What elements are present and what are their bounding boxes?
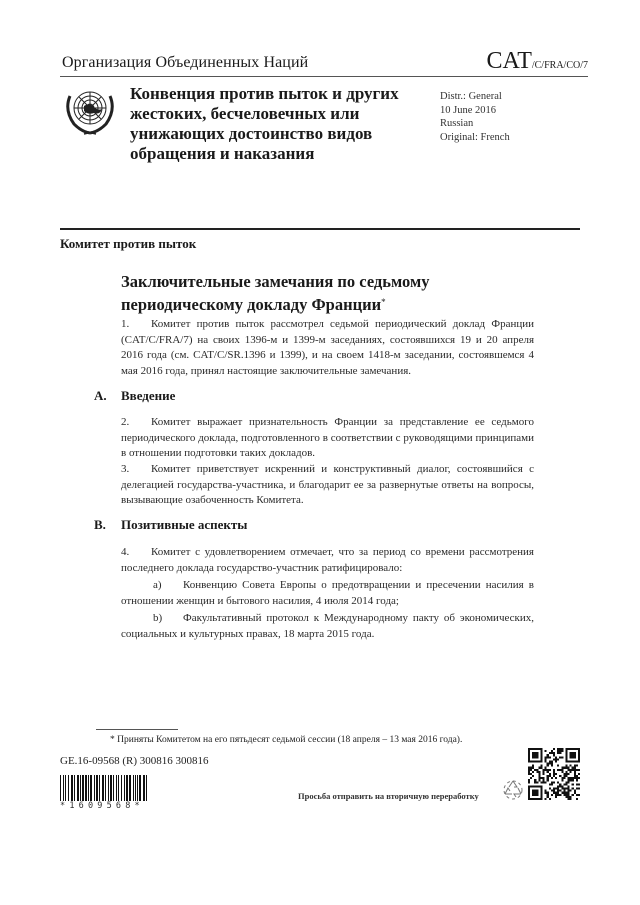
footnote-rule: [96, 729, 178, 730]
date-line: 10 June 2016: [440, 104, 510, 118]
recycle-text: Просьба отправить на вторичную переработ…: [298, 791, 479, 801]
paragraph-number: 2.: [121, 415, 151, 431]
title-rule: [60, 228, 580, 230]
committee-name: Комитет против пыток: [60, 236, 196, 252]
paragraph-text: Комитет против пыток рассмотрел седьмой …: [121, 318, 534, 377]
paragraph-number: 4.: [121, 545, 151, 561]
footnote-marker[interactable]: *: [381, 297, 386, 307]
distribution-block: Distr.: General 10 June 2016 Russian Ori…: [440, 90, 510, 144]
qr-code-icon[interactable]: [528, 748, 580, 800]
original-line: Original: French: [440, 131, 510, 145]
job-number: GE.16-09568 (R) 300816 300816: [60, 755, 209, 767]
paragraph-number: 3.: [121, 462, 151, 478]
paragraph-text: Комитет приветствует искренний и констру…: [121, 463, 534, 506]
barcode-icon: [60, 775, 150, 801]
paragraph-3: 3.Комитет приветствует искренний и конст…: [121, 462, 534, 509]
document-symbol: CAT/C/FRA/CO/7: [487, 48, 588, 75]
paragraph-2: 2.Комитет выражает признательность Франц…: [121, 415, 534, 462]
paragraph-number: 1.: [121, 317, 151, 333]
subparagraph-label: b): [153, 611, 183, 627]
barcode-text: *1609568*: [60, 801, 152, 811]
footnote: * Приняты Комитетом на его пятьдесят сед…: [110, 735, 462, 745]
language-line: Russian: [440, 117, 510, 131]
paragraph-text: Комитет с удовлетворением отмечает, что …: [121, 546, 534, 574]
header-rule: [60, 76, 588, 77]
section-letter: A.: [94, 388, 121, 404]
recycle-icon: [501, 778, 525, 802]
organization-name: Организация Объединенных Наций: [62, 54, 308, 72]
section-letter: B.: [94, 517, 121, 533]
subparagraph-label: a): [153, 578, 183, 594]
subparagraph-a: a)Конвенцию Совета Европы о предотвращен…: [121, 578, 534, 609]
document-title-text: Заключительные замечания по седьмому пер…: [121, 272, 429, 314]
symbol-suffix: /C/FRA/CO/7: [532, 60, 588, 71]
distr-line: Distr.: General: [440, 90, 510, 104]
symbol-main: CAT: [487, 48, 532, 74]
section-title: Введение: [121, 388, 175, 403]
paragraph-text: Комитет выражает признательность Франции…: [121, 416, 534, 459]
convention-title: Конвенция против пыток и других жестоких…: [130, 84, 430, 164]
section-title: Позитивные аспекты: [121, 517, 247, 532]
paragraph-4: 4.Комитет с удовлетворением отмечает, чт…: [121, 545, 534, 576]
un-emblem-icon: [62, 82, 118, 138]
section-heading-b: B.Позитивные аспекты: [94, 517, 247, 533]
subparagraph-b: b)Факультативный протокол к Международно…: [121, 611, 534, 642]
section-heading-a: A.Введение: [94, 388, 175, 404]
document-title: Заключительные замечания по седьмому пер…: [121, 272, 521, 315]
paragraph-1: 1.Комитет против пыток рассмотрел седьмо…: [121, 317, 534, 379]
